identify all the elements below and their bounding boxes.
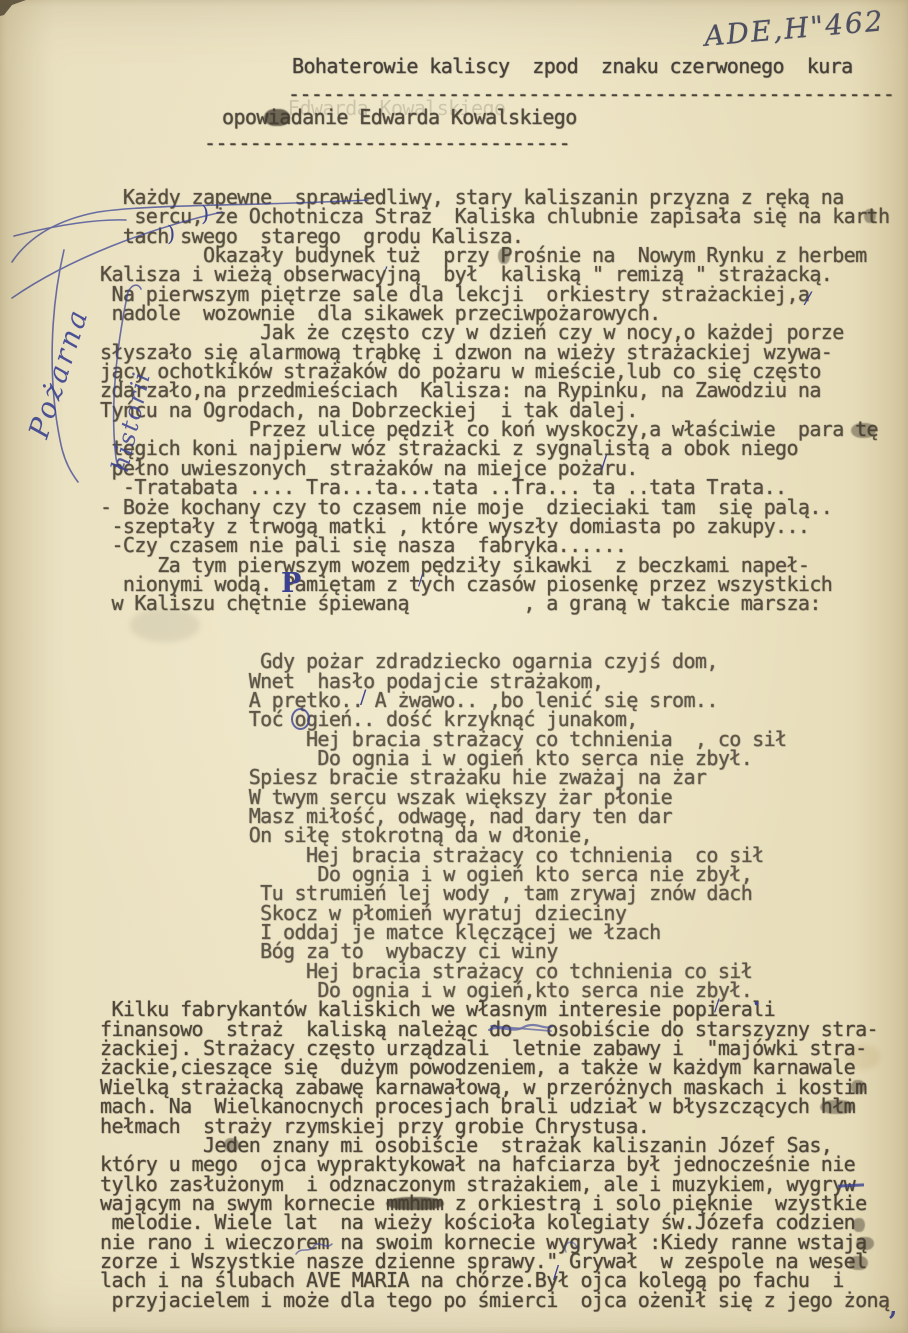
margin-note-pozarna: Pożarna [22,303,95,442]
typewritten-text-body: Każdy zapewne sprawiedliwy, stary kalisz… [100,188,908,1310]
scanned-typescript-page: ADE,H"462 Bohaterowie kaliscy zpod znaku… [0,0,908,1333]
subtitle-underline: -------------------------------- [204,131,570,155]
paper-corner-damage [0,0,30,16]
document-title: Bohaterowie kaliscy zpod znaku czerwoneg… [292,54,853,78]
typewritten-line: w Kaliszu chętnie śpiewaną , a graną w t… [100,594,908,613]
archival-number-handwriting: ADE,H"462 [703,4,886,53]
typewritten-line [100,614,908,633]
typewritten-line: przyjacielem i może dla tego po śmierci … [100,1291,908,1310]
document-subtitle: opowiadanie Edwarda Kowalskiego [222,105,577,129]
